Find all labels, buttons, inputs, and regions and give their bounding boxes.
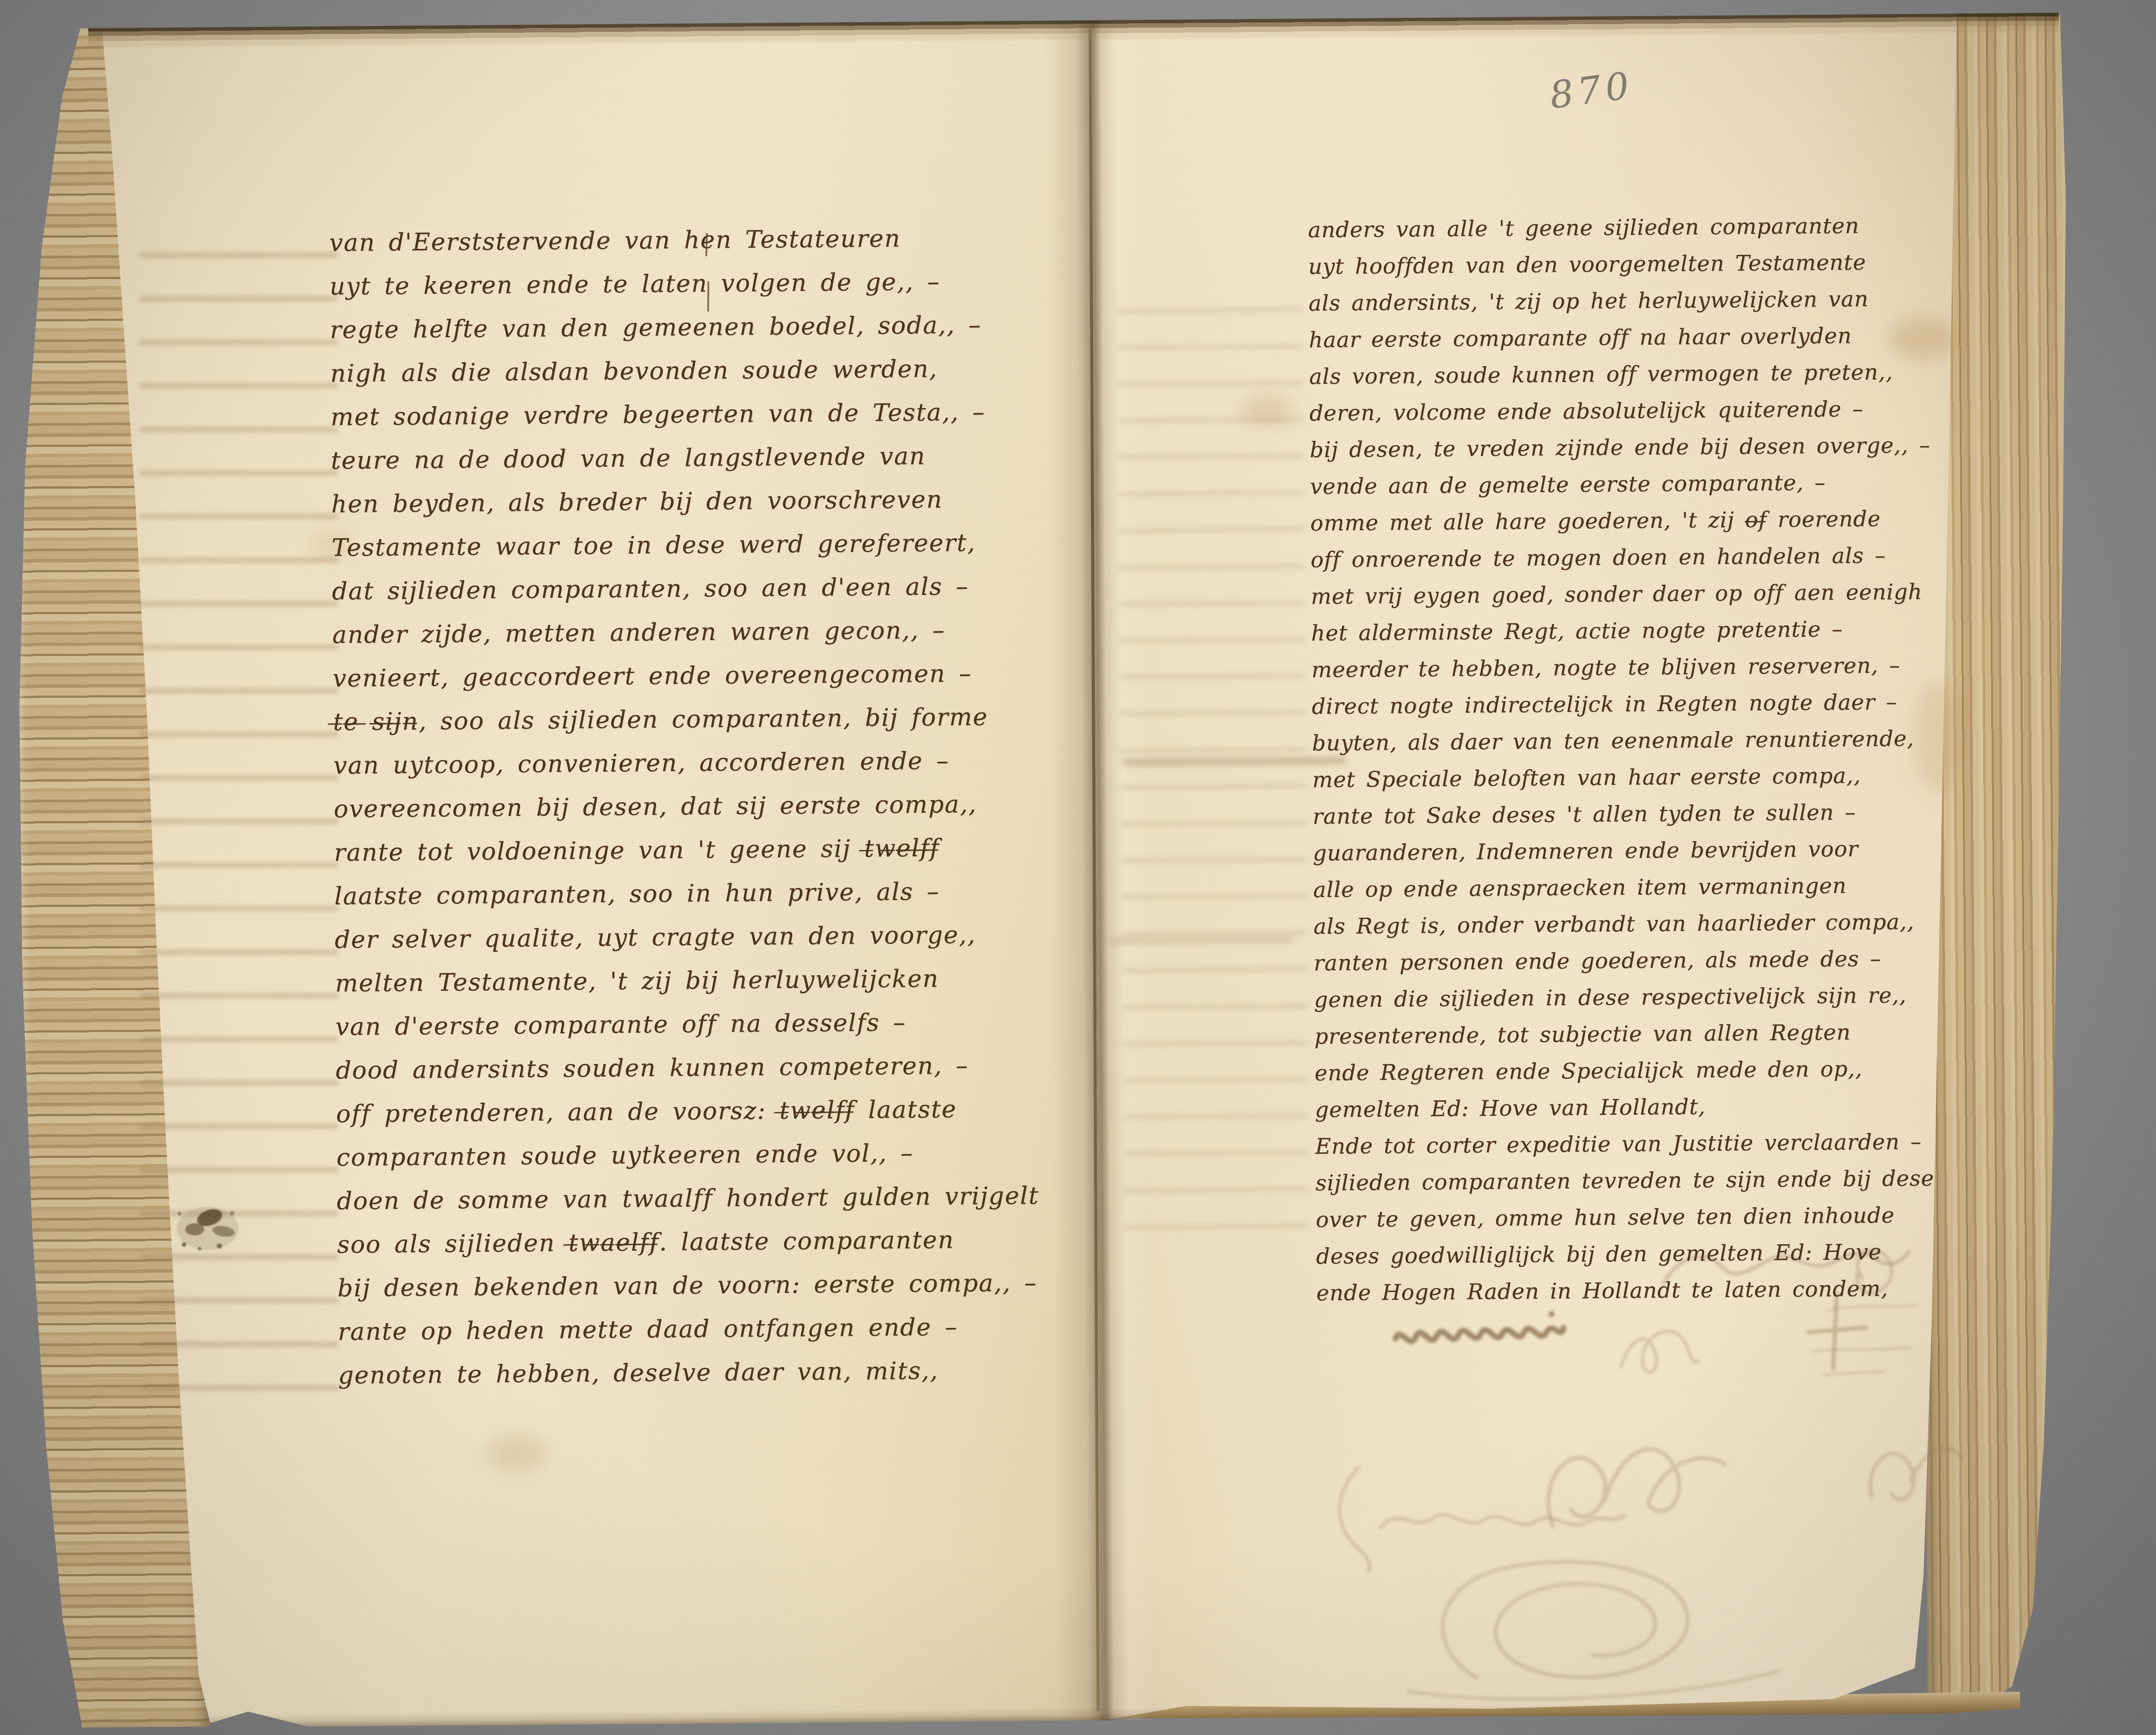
manuscript-line: rante tot Sake deses 't allen tyden te s… <box>1313 792 2068 835</box>
manuscript-line: off onroerende te mogen doen en handelen… <box>1310 536 2065 578</box>
manuscript-line: genoten te hebben, deselve daer van, mit… <box>338 1348 1102 1397</box>
manuscript-line: rante tot voldoeninge van 't geene sij t… <box>334 825 1097 875</box>
manuscript-line: nigh als die alsdan bevonden soude werde… <box>330 346 1094 395</box>
manuscript-line: der selver qualite, uyt cragte van den v… <box>335 912 1098 962</box>
manuscript-line: als andersints, 't zij op het herluyweli… <box>1308 279 2063 322</box>
manuscript-line: ranten personen ende goederen, als mede … <box>1313 939 2068 982</box>
photograph-of-manuscript: 870 van d'Eerststervende van hen Testate… <box>0 0 2156 1735</box>
ghost-showthrough-right-margin <box>1116 286 1310 1258</box>
manuscript-line: het alderminste Regt, actie nogte preten… <box>1311 609 2066 652</box>
manuscript-line: als Regt is, onder verbandt van haarlied… <box>1313 902 2068 945</box>
manuscript-line: Ende tot corter expeditie van Justitie v… <box>1315 1122 2070 1165</box>
manuscript-line: doen de somme van twaalff hondert gulden… <box>337 1173 1100 1223</box>
ink-smudge <box>158 1187 257 1270</box>
manuscript-line: als voren, soude kunnen off vermogen te … <box>1309 353 2064 395</box>
manuscript-line: t̶e̶ ̶s̶i̶j̶n̶, soo als sijlieden compar… <box>333 694 1097 744</box>
manuscript-line: meerder te hebben, nogte te blijven rese… <box>1311 646 2066 688</box>
manuscript-line: deren, volcome ende absolutelijck quiter… <box>1309 389 2064 432</box>
manuscript-line: omme met alle hare goederen, 't zij o̶f̶… <box>1310 499 2065 542</box>
manuscript-line: ende Hogen Raden in Hollandt te laten co… <box>1316 1269 2071 1311</box>
manuscript-line: uyt te keeren ende te laten volgen de ge… <box>329 259 1093 308</box>
manuscript-line: over te geven, omme hun selve ten dien i… <box>1316 1195 2071 1238</box>
manuscript-line: met sodanige verdre begeerten van de Tes… <box>330 389 1094 439</box>
manuscript-line: off pretenderen, aan de voorsz: t̶w̶e̶l̶… <box>336 1086 1100 1136</box>
manuscript-line: genen die sijlieden in dese respectiveli… <box>1314 976 2069 1018</box>
manuscript-line: vende aan de gemelte eerste comparante, … <box>1310 462 2065 505</box>
manuscript-line: dood andersints souden kunnen competeren… <box>335 1043 1099 1092</box>
manuscript-line: bij desen, te vreden zijnde ende bij des… <box>1310 426 2065 468</box>
manuscript-line: Testamente waar toe in dese werd gerefer… <box>332 520 1095 570</box>
manuscript-line: venieert, geaccordeert ende overeengecom… <box>332 651 1096 700</box>
manuscript-line: dat sijlieden comparanten, soo aen d'een… <box>332 564 1095 613</box>
manuscript-line: sijlieden comparanten tevreden te sijn e… <box>1315 1159 2070 1202</box>
manuscript-line: met Speciale beloften van haar eerste co… <box>1312 756 2067 798</box>
manuscript-line: comparanten soude uytkeeren ende vol,, – <box>336 1130 1100 1180</box>
manuscript-line: rante op heden mette daad ontfangen ende… <box>338 1304 1101 1354</box>
manuscript-line: soo als sijlieden t̶w̶a̶e̶l̶f̶f̶. laatst… <box>337 1217 1100 1267</box>
manuscript-line: bij desen bekenden van de voorn: eerste … <box>337 1261 1101 1310</box>
manuscript-line: van uytcoop, convenieren, accorderen end… <box>333 738 1097 787</box>
manuscript-line: direct nogte indirectelijck in Regten no… <box>1312 682 2067 725</box>
manuscript-line: melten Testamente, 't zij bij herluyweli… <box>335 956 1099 1005</box>
manuscript-line: buyten, als daer van ten eenenmale renun… <box>1312 719 2067 762</box>
manuscript-line: hen beyden, als breder bij den voorschre… <box>331 477 1095 526</box>
manuscript-line: van d'eerste comparante off na desselfs … <box>335 999 1099 1049</box>
manuscript-line: overeencomen bij desen, dat sij eerste c… <box>333 781 1097 831</box>
manuscript-book: 870 van d'Eerststervende van hen Testate… <box>11 13 2090 1730</box>
left-page-text: van d'Eerststervende van hen Testateuren… <box>329 215 1101 1397</box>
manuscript-line: ander zijde, metten anderen waren gecon,… <box>332 607 1096 657</box>
manuscript-line: regte helfte van den gemeenen boedel, so… <box>330 302 1094 352</box>
right-page-text: anders van alle 't geene sijlieden compa… <box>1308 206 2071 1312</box>
manuscript-line: teure na de dood van de langstlevende va… <box>331 433 1094 483</box>
manuscript-line: van d'Eerststervende van hen Testateuren <box>329 215 1093 265</box>
manuscript-line: haar eerste comparante off na haar overl… <box>1309 316 2064 359</box>
manuscript-line: guaranderen, Indemneren ende bevrijden v… <box>1313 829 2068 872</box>
manuscript-line: presenterende, tot subjectie van allen R… <box>1314 1012 2069 1055</box>
manuscript-line: met vrij eygen goed, sonder daer op off … <box>1311 572 2066 615</box>
manuscript-line: anders van alle 't geene sijlieden compa… <box>1308 206 2063 249</box>
manuscript-line: alle op ende aenspraecken item vermaning… <box>1313 866 2068 908</box>
manuscript-line: ende Regteren ende Specialijck mede den … <box>1314 1049 2069 1092</box>
manuscript-line: gemelten Ed: Hove van Hollandt, <box>1315 1086 2070 1128</box>
manuscript-line: uyt hooffden van den voorgemelten Testam… <box>1308 243 2063 286</box>
manuscript-line: deses goedwilliglijck bij den gemelten E… <box>1316 1232 2071 1275</box>
manuscript-line: laatste comparanten, soo in hun prive, a… <box>334 869 1098 918</box>
